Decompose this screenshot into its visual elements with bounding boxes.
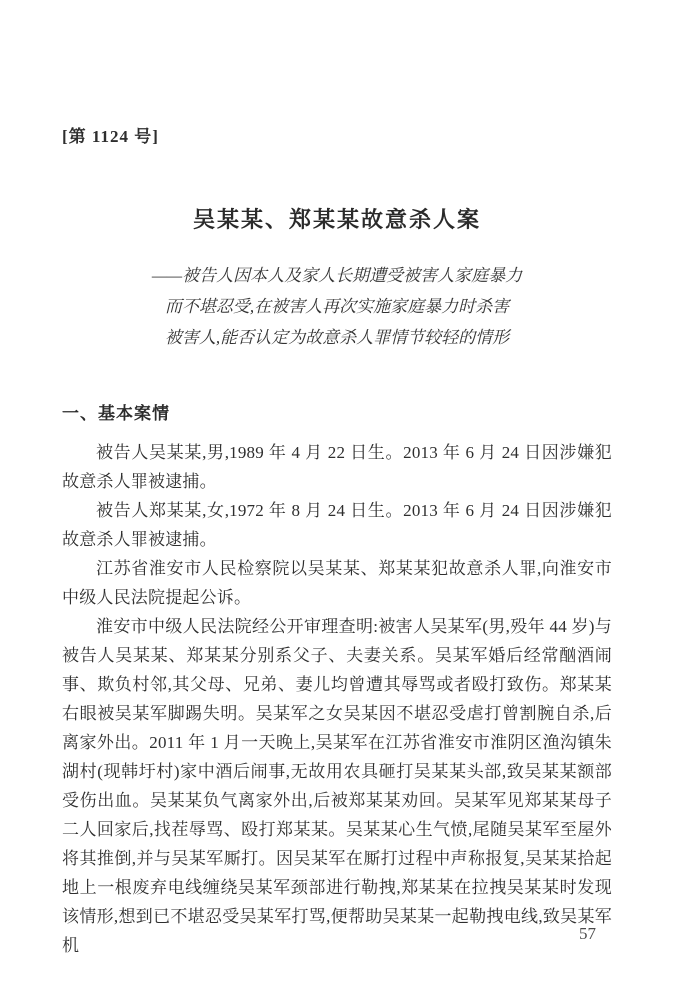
- body-paragraph-2: 被告人郑某某,女,1972 年 8 月 24 日生。2013 年 6 月 24 …: [62, 496, 612, 554]
- book-page: [第 1124 号] 吴某某、郑某某故意杀人案 ——被告人因本人及家人长期遭受被…: [0, 0, 674, 999]
- body-paragraph-1: 被告人吴某某,男,1989 年 4 月 22 日生。2013 年 6 月 24 …: [62, 438, 612, 496]
- subtitle-line-3: 被害人,能否认定为故意杀人罪情节较轻的情形: [62, 322, 612, 353]
- body-text: 被告人吴某某,男,1989 年 4 月 22 日生。2013 年 6 月 24 …: [62, 438, 612, 960]
- case-number-label: [第 1124 号]: [62, 0, 612, 147]
- section-heading-basic-facts: 一、基本案情: [62, 399, 612, 424]
- body-paragraph-4: 淮安市中级人民法院经公开审理查明:被害人吴某军(男,殁年 44 岁)与被告人吴某…: [62, 612, 612, 960]
- body-paragraph-3: 江苏省淮安市人民检察院以吴某某、郑某某犯故意杀人罪,向淮安市中级人民法院提起公诉…: [62, 554, 612, 612]
- case-title: 吴某某、郑某某故意杀人案: [62, 203, 612, 234]
- subtitle-line-2: 而不堪忍受,在被害人再次实施家庭暴力时杀害: [62, 291, 612, 322]
- subtitle-line-1: ——被告人因本人及家人长期遭受被害人家庭暴力: [62, 260, 612, 291]
- page-number: 57: [579, 924, 596, 944]
- page-content: [第 1124 号] 吴某某、郑某某故意杀人案 ——被告人因本人及家人长期遭受被…: [62, 0, 612, 960]
- case-subtitle: ——被告人因本人及家人长期遭受被害人家庭暴力 而不堪忍受,在被害人再次实施家庭暴…: [62, 260, 612, 353]
